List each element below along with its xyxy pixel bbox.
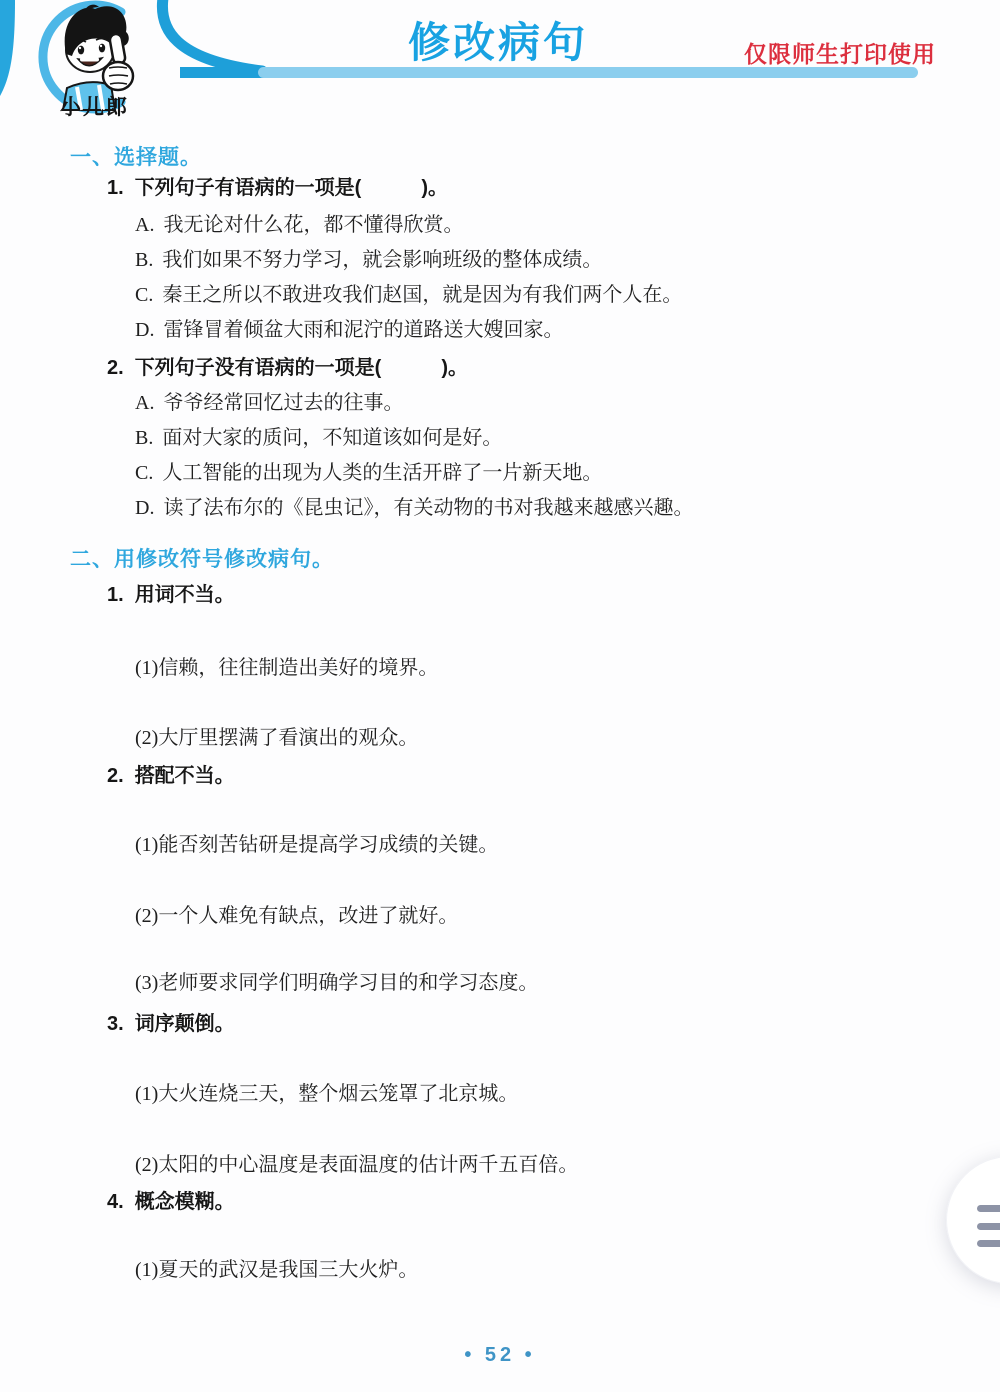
option-text: 我无论对什么花，都不懂得欣赏。	[163, 214, 463, 236]
hamburger-menu-icon	[977, 1205, 1000, 1212]
option-text: 秦王之所以不敢进攻我们赵国，就是因为有我们两个人在。	[162, 284, 682, 306]
exercise-sentence: (1)能否刻苦钻研是提高学习成绩的关键。	[135, 833, 498, 857]
question-number: 2.	[107, 356, 124, 380]
option-label: C.	[135, 461, 153, 485]
page-number: • 52 •	[0, 1344, 1000, 1367]
item-number: 4.	[107, 1190, 124, 1214]
question-1-stem: 1.下列句子有语病的一项是( )。	[107, 176, 448, 200]
option-row: C.秦王之所以不敢进攻我们赵国，就是因为有我们两个人在。	[135, 283, 682, 307]
option-row: C.人工智能的出现为人类的生活开辟了一片新天地。	[135, 461, 602, 485]
swoosh-bar-dark	[180, 67, 266, 78]
item-title-text: 词序颠倒。	[135, 1013, 235, 1035]
option-label: D.	[135, 496, 154, 520]
item-title-text: 概念模糊。	[135, 1191, 235, 1213]
exercise-sentence: (2)一个人难免有缺点，改进了就好。	[135, 904, 458, 928]
section-heading-1: 一、选择题。	[70, 146, 202, 170]
option-label: D.	[135, 318, 154, 342]
worksheet-page: 小儿郎 修改病句 仅限师生打印使用 一、选择题。 1.下列句子有语病的一项是( …	[0, 0, 1000, 1392]
floating-menu-button[interactable]	[946, 1156, 1000, 1284]
item-number: 1.	[107, 583, 124, 607]
item-number: 3.	[107, 1012, 124, 1036]
option-row: A.我无论对什么花，都不懂得欣赏。	[135, 213, 463, 237]
option-row: D.雷锋冒着倾盆大雨和泥泞的道路送大嫂回家。	[135, 318, 563, 342]
option-row: D.读了法布尔的《昆虫记》，有关动物的书对我越来越感兴趣。	[135, 496, 693, 520]
item-1-title: 1.用词不当。	[107, 583, 235, 607]
option-row: B.我们如果不努力学习，就会影响班级的整体成绩。	[135, 248, 602, 272]
item-title-text: 搭配不当。	[135, 765, 235, 787]
item-title-text: 用词不当。	[135, 584, 235, 606]
exercise-sentence: (1)信赖，往往制造出美好的境界。	[135, 656, 438, 680]
page-title: 修改病句	[408, 10, 588, 70]
option-text: 雷锋冒着倾盆大雨和泥泞的道路送大嫂回家。	[163, 319, 563, 341]
option-text: 人工智能的出现为人类的生活开辟了一片新天地。	[162, 462, 602, 484]
left-edge-wedge	[0, 0, 15, 96]
question-text: 下列句子没有语病的一项是( )。	[135, 357, 468, 379]
hamburger-menu-icon	[977, 1223, 1000, 1230]
exercise-sentence: (2)太阳的中心温度是表面温度的估计两千五百倍。	[135, 1153, 578, 1177]
option-label: A.	[135, 391, 154, 415]
hamburger-menu-icon	[977, 1240, 1000, 1247]
option-row: A.爷爷经常回忆过去的往事。	[135, 391, 403, 415]
option-label: A.	[135, 213, 154, 237]
option-text: 面对大家的质问，不知道该如何是好。	[162, 427, 502, 449]
question-text: 下列句子有语病的一项是( )。	[135, 177, 448, 199]
question-2-stem: 2.下列句子没有语病的一项是( )。	[107, 356, 468, 380]
item-number: 2.	[107, 764, 124, 788]
print-notice: 仅限师生打印使用	[744, 36, 936, 69]
item-2-title: 2.搭配不当。	[107, 764, 235, 788]
exercise-sentence: (3)老师要求同学们明确学习目的和学习态度。	[135, 971, 538, 995]
item-3-title: 3.词序颠倒。	[107, 1012, 235, 1036]
option-row: B.面对大家的质问，不知道该如何是好。	[135, 426, 502, 450]
option-label: C.	[135, 283, 153, 307]
brand-name: 小儿郎	[60, 91, 129, 121]
option-text: 读了法布尔的《昆虫记》，有关动物的书对我越来越感兴趣。	[163, 497, 693, 519]
exercise-sentence: (2)大厅里摆满了看演出的观众。	[135, 726, 418, 750]
section-heading-2: 二、用修改符号修改病句。	[70, 548, 334, 572]
option-label: B.	[135, 248, 153, 272]
item-4-title: 4.概念模糊。	[107, 1190, 235, 1214]
exercise-sentence: (1)夏天的武汉是我国三大火炉。	[135, 1258, 418, 1282]
option-text: 爷爷经常回忆过去的往事。	[163, 392, 403, 414]
option-label: B.	[135, 426, 153, 450]
option-text: 我们如果不努力学习，就会影响班级的整体成绩。	[162, 249, 602, 271]
question-number: 1.	[107, 176, 124, 200]
exercise-sentence: (1)大火连烧三天，整个烟云笼罩了北京城。	[135, 1082, 518, 1106]
